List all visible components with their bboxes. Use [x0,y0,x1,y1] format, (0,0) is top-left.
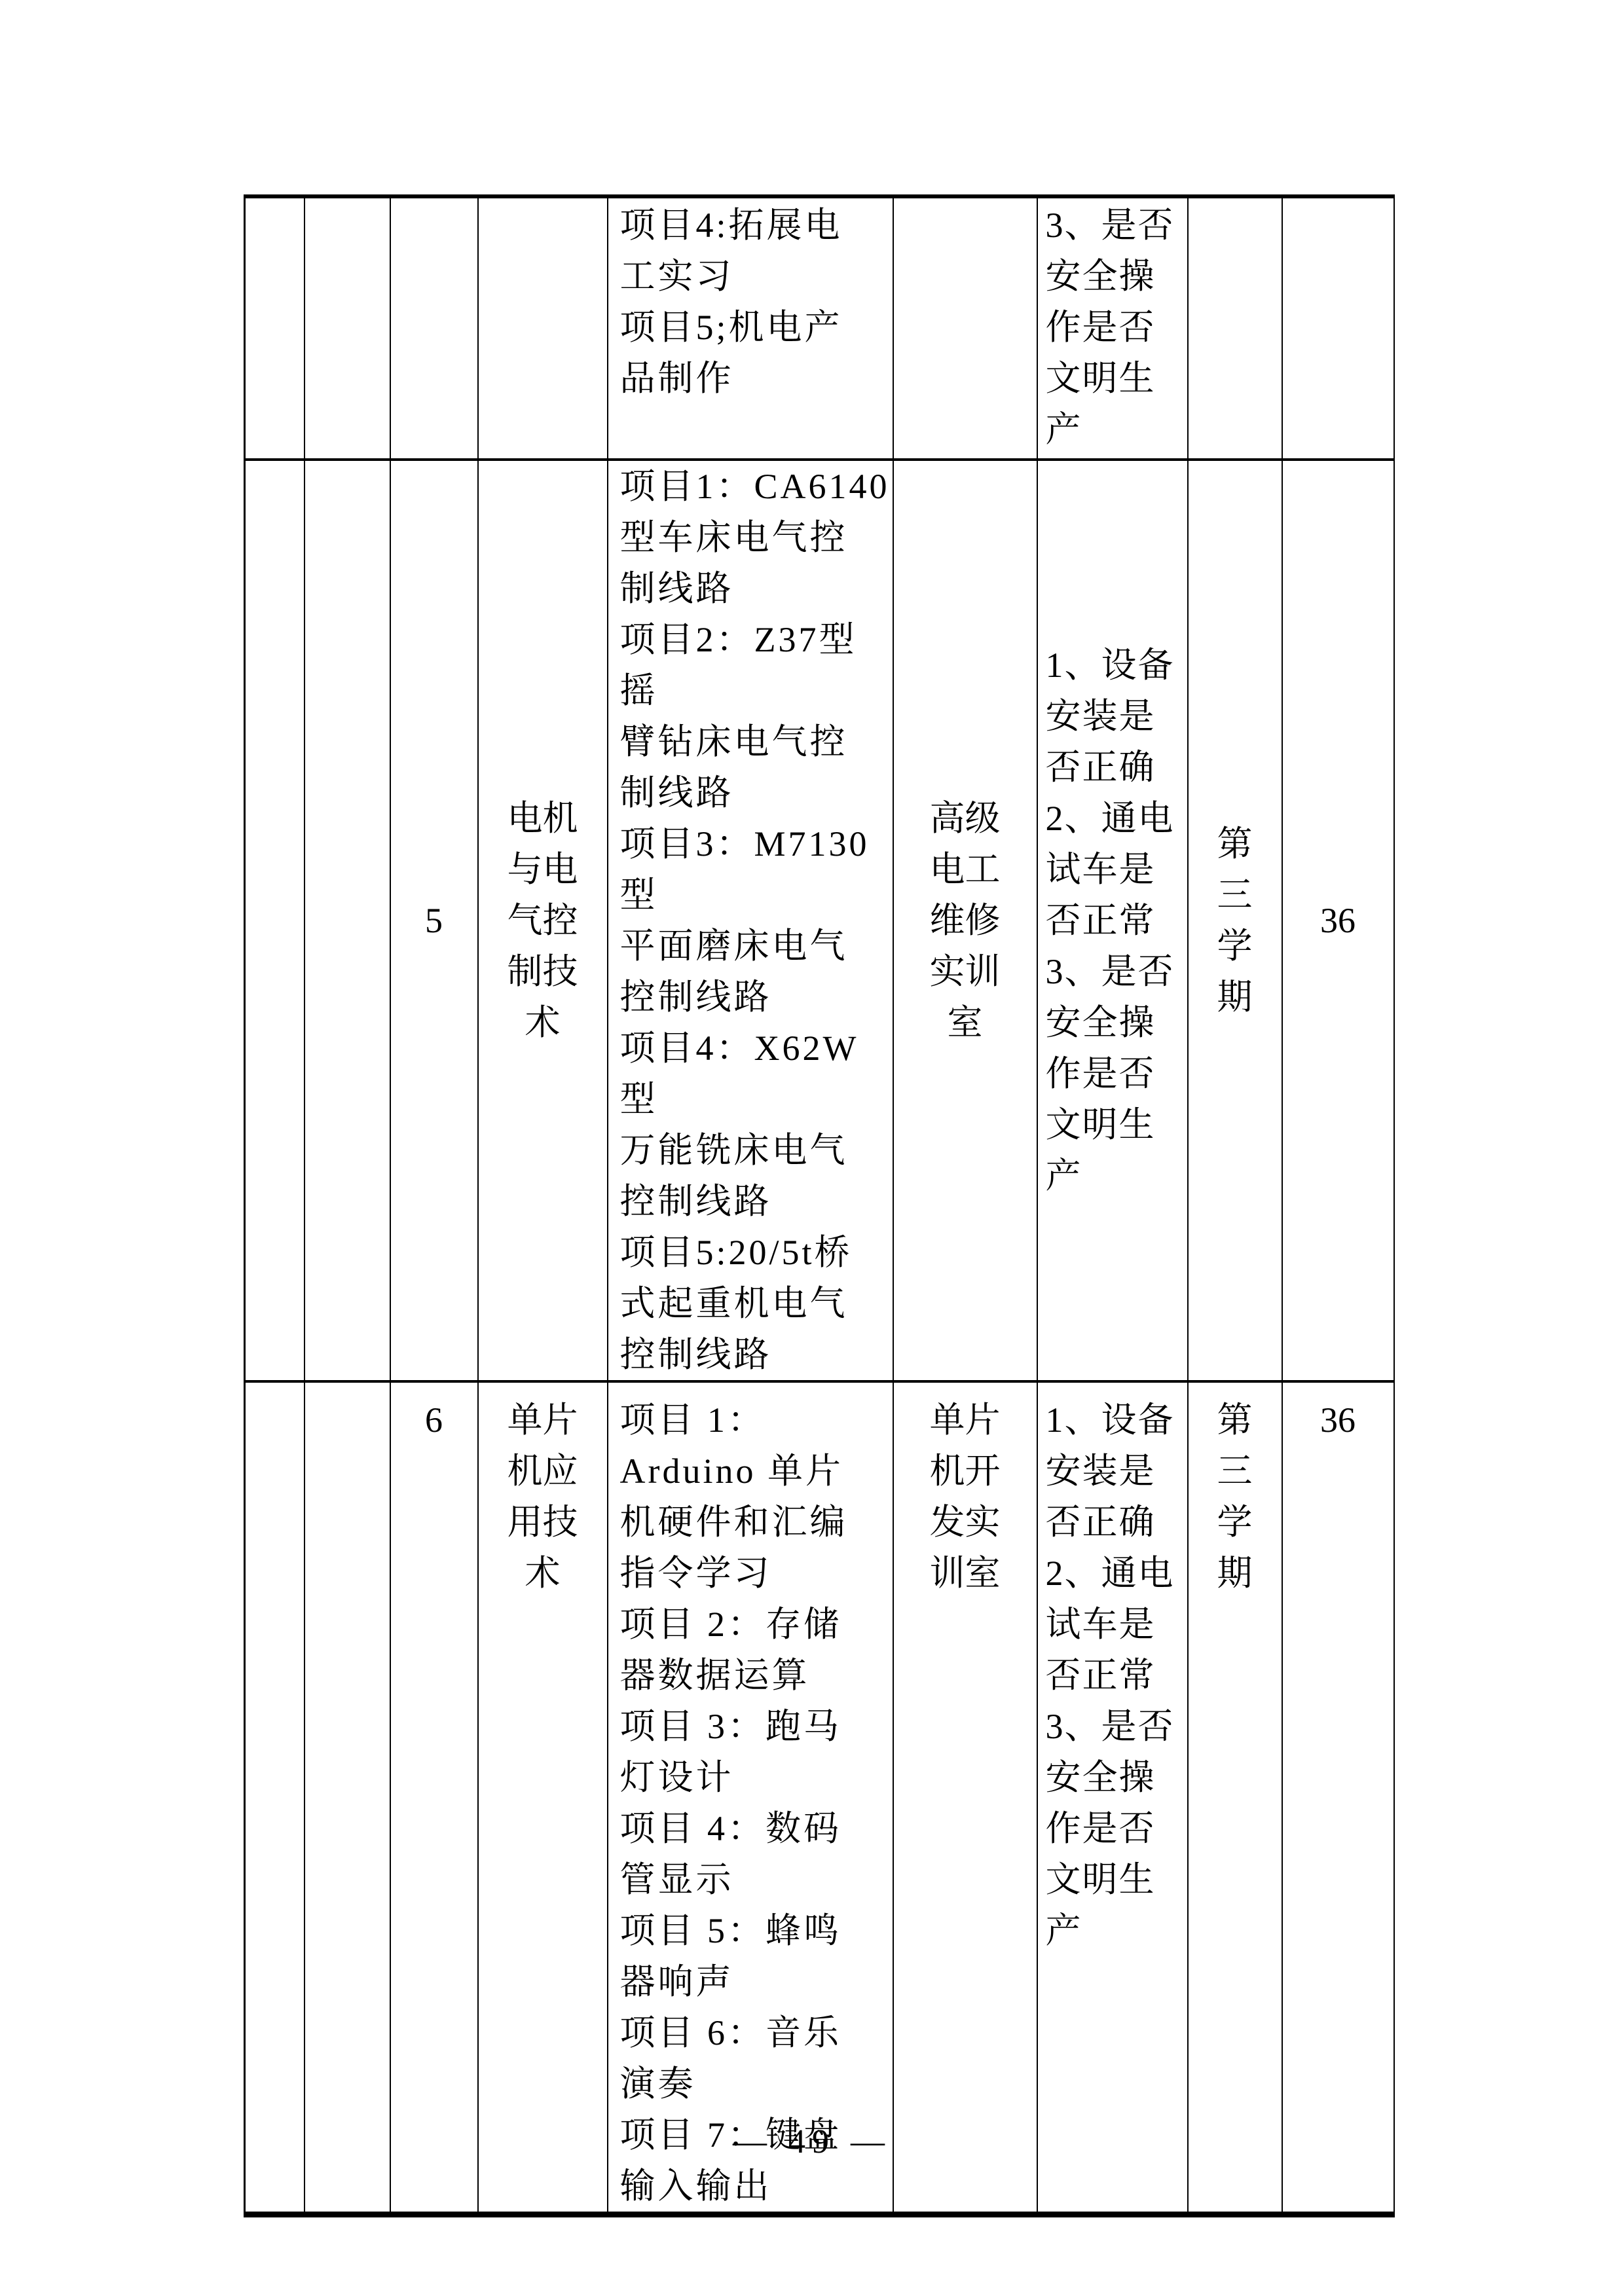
course-name-text: 电机 与电 气控 制技 术 [479,793,607,1048]
seq-number: 5 [391,895,477,946]
semester-text: 第 三 学 期 [1189,818,1282,1023]
cell-semester: 第 三 学 期 [1188,460,1282,1381]
cell-hours-empty [1282,196,1394,460]
cell-hours: 36 [1282,1381,1394,2215]
cell-course-name-empty [478,196,608,460]
assessment-text: 1、设备 安装是 否正确 2、通电 试车是 否正常 3、是否 安全操 作是否 文… [1038,1383,1187,1956]
cell-outer-spacer [245,460,304,1381]
cell-hours: 36 [1282,460,1394,1381]
semester-text: 第 三 学 期 [1189,1383,1282,1599]
cell-outer-spacer [245,1381,304,2215]
cell-seq-empty [390,196,478,460]
cell-group-label-empty [304,196,390,460]
training-room-text: 高级 电工 维修 实训 室 [894,793,1037,1048]
assessment-text: 3、是否 安全操 作是否 文明生 产 [1038,198,1187,455]
projects-text: 项目 1： Arduino 单片 机硬件和汇编 指令学习 项目 2：存储 器数据… [608,1383,893,2212]
projects-text: 项目4:拓展电 工实习 项目5;机电产 品制作 [608,198,893,404]
cell-projects: 项目 1： Arduino 单片 机硬件和汇编 指令学习 项目 2：存储 器数据… [608,1381,893,2215]
page-number: — 49 — [0,2123,1624,2162]
cell-training-room-empty [893,196,1037,460]
training-room-text: 单片 机开 发实 训室 [894,1383,1037,1599]
document-page: 项目4:拓展电 工实习 项目5;机电产 品制作 3、是否 安全操 作是否 文明生… [0,0,1624,2296]
cell-group-label-empty [304,1381,390,2215]
table-row-6: 6 单片 机应 用技 术 项目 1： Arduino 单片 机硬件和汇编 指令学… [245,1381,1394,2215]
projects-text: 项目1：CA6140 型车床电气控 制线路 项目2：Z37型摇 臂钻床电气控 制… [608,461,893,1380]
cell-outer-spacer [245,196,304,460]
cell-training-room: 单片 机开 发实 训室 [893,1381,1037,2215]
cell-group-label-empty [304,460,390,1381]
cell-semester-empty [1188,196,1282,460]
curriculum-table: 项目4:拓展电 工实习 项目5;机电产 品制作 3、是否 安全操 作是否 文明生… [244,194,1395,2217]
cell-course-name: 单片 机应 用技 术 [478,1381,608,2215]
cell-assessment: 1、设备 安装是 否正确 2、通电 试车是 否正常 3、是否 安全操 作是否 文… [1037,460,1188,1381]
assessment-text: 1、设备 安装是 否正确 2、通电 试车是 否正常 3、是否 安全操 作是否 文… [1038,640,1187,1201]
hours-value: 36 [1283,1383,1393,1446]
seq-number: 6 [391,1383,477,1446]
cell-semester: 第 三 学 期 [1188,1381,1282,2215]
cell-projects: 项目4:拓展电 工实习 项目5;机电产 品制作 [608,196,893,460]
table-row-5: 5 电机 与电 气控 制技 术 项目1：CA6140 型车床电气控 制线路 项目… [245,460,1394,1381]
hours-value: 36 [1283,895,1393,946]
cell-projects: 项目1：CA6140 型车床电气控 制线路 项目2：Z37型摇 臂钻床电气控 制… [608,460,893,1381]
cell-assessment: 1、设备 安装是 否正确 2、通电 试车是 否正常 3、是否 安全操 作是否 文… [1037,1381,1188,2215]
cell-seq: 5 [390,460,478,1381]
cell-course-name: 电机 与电 气控 制技 术 [478,460,608,1381]
cell-training-room: 高级 电工 维修 实训 室 [893,460,1037,1381]
cell-seq: 6 [390,1381,478,2215]
cell-assessment: 3、是否 安全操 作是否 文明生 产 [1037,196,1188,460]
table-row-4-continued: 项目4:拓展电 工实习 项目5;机电产 品制作 3、是否 安全操 作是否 文明生… [245,196,1394,460]
course-name-text: 单片 机应 用技 术 [479,1383,607,1599]
